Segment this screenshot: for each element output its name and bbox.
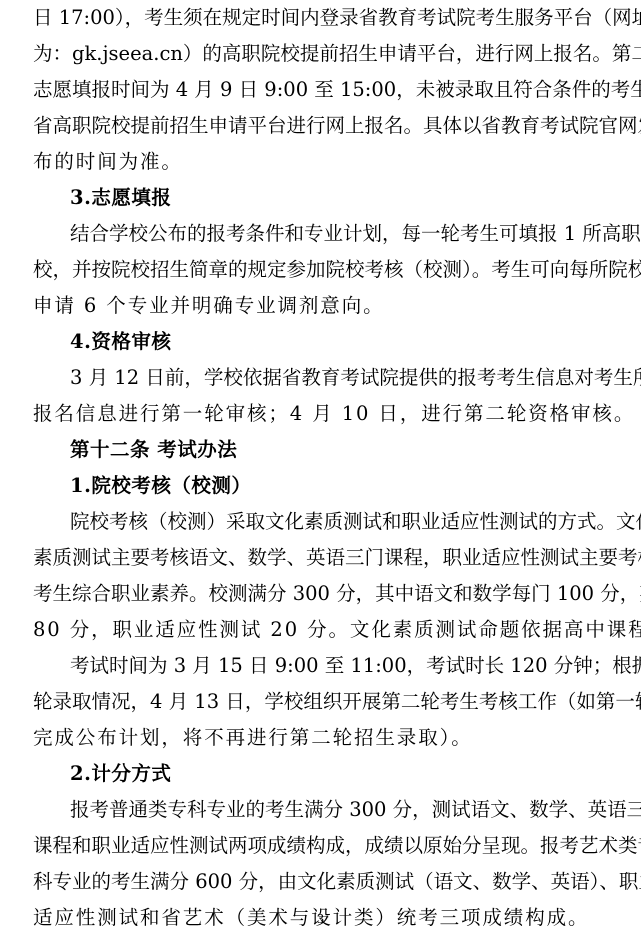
paragraph-line: 为：gk.jseea.cn）的高职院校提前招生申请平台，进行网上报名。第二轮 <box>33 39 608 69</box>
paragraph-line: 布的时间为准。 <box>33 147 608 177</box>
paragraph-line: 志愿填报时间为 4 月 9 日 9:00 至 15:00，未被录取且符合条件的考… <box>33 75 608 105</box>
section-heading: 1.院校考核（校测） <box>70 471 608 501</box>
paragraph-line: 科专业的考生满分 600 分，由文化素质测试（语文、数学、英语）、职业 <box>33 867 608 897</box>
paragraph-line: 报考普通类专科专业的考生满分 300 分，测试语文、数学、英语三门 <box>70 795 608 825</box>
paragraph-line: 省高职院校提前招生申请平台进行网上报名。具体以省教育考试院官网发 <box>33 111 608 141</box>
paragraph-line: 校，并按院校招生简章的规定参加院校考核（校测）。考生可向每所院校 <box>33 255 608 285</box>
section-heading: 2.计分方式 <box>70 759 608 789</box>
paragraph-line: 日 17:00），考生须在规定时间内登录省教育考试院考生服务平台（网址 <box>33 3 608 33</box>
paragraph-line: 3 月 12 日前，学校依据省教育考试院提供的报考考生信息对考生所填 <box>70 363 608 393</box>
paragraph-line: 报名信息进行第一轮审核；4 月 10 日，进行第二轮资格审核。 <box>33 399 608 429</box>
paragraph-line: 考试时间为 3 月 15 日 9:00 至 11:00，考试时长 120 分钟；… <box>70 651 608 681</box>
paragraph-line: 素质测试主要考核语文、数学、英语三门课程，职业适应性测试主要考核 <box>33 543 608 573</box>
section-heading: 4.资格审核 <box>70 327 608 357</box>
page-number: 3 <box>0 912 641 928</box>
paragraph-line: 课程和职业适应性测试两项成绩构成，成绩以原始分呈现。报考艺术类专 <box>33 831 608 861</box>
article-heading: 第十二条 考试办法 <box>70 435 608 465</box>
section-heading: 3.志愿填报 <box>70 183 608 213</box>
paragraph-line: 考生综合职业素养。校测满分 300 分，其中语文和数学每门 100 分，英语 <box>33 579 608 609</box>
paragraph-line: 申请 6 个专业并明确专业调剂意向。 <box>33 291 608 321</box>
paragraph-line: 结合学校公布的报考条件和专业计划，每一轮考生可填报 1 所高职院 <box>70 219 608 249</box>
paragraph-line: 院校考核（校测）采取文化素质测试和职业适应性测试的方式。文化 <box>70 507 608 537</box>
paragraph-line: 完成公布计划，将不再进行第二轮招生录取）。 <box>33 723 608 753</box>
paragraph-line: 轮录取情况，4 月 13 日，学校组织开展第二轮考生考核工作（如第一轮已 <box>33 687 608 717</box>
document-page: 日 17:00），考生须在规定时间内登录省教育考试院考生服务平台（网址 为：gk… <box>0 0 641 941</box>
paragraph-line: 80 分，职业适应性测试 20 分。文化素质测试命题依据高中课程标准。 <box>33 615 608 645</box>
